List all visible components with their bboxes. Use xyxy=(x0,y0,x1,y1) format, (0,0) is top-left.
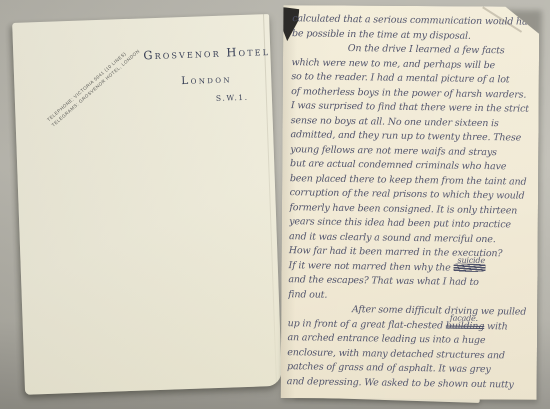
letterhead-page: TELEPHONE: VICTORIA 5041 (10 LINES) TELE… xyxy=(12,14,282,395)
letter-page: calculated that a serious communication … xyxy=(281,5,540,400)
handwriting-text: but are actual condemned criminals who h… xyxy=(290,158,506,172)
handwriting-text: be possible in the time at my disposal. xyxy=(292,28,471,42)
handwriting-text: years since this idea had been put into … xyxy=(289,216,511,230)
correction-group: suicide xyxy=(453,261,485,276)
handwriting-text: corruption of the real prisons to which … xyxy=(290,187,525,201)
letterhead-contact-block: TELEPHONE: VICTORIA 5041 (10 LINES) TELE… xyxy=(45,43,141,129)
telegrams-line: TELEGRAMS: GROSVENOR HOTEL, LONDON xyxy=(50,48,141,129)
inserted-word-above-line: facade. xyxy=(450,311,478,326)
inserted-word-above-line: suicide xyxy=(457,253,485,268)
handwriting-text: formerly have been consigned. It is only… xyxy=(289,202,517,216)
handwriting-text: I was surprised to find that there were … xyxy=(291,100,529,115)
handwriting-text: young fellows are not mere waifs and str… xyxy=(290,144,497,158)
photograph-of-letter: TELEPHONE: VICTORIA 5041 (10 LINES) TELE… xyxy=(0,0,550,409)
handwriting-text: and the escapes? That was what I had to xyxy=(288,274,479,288)
hotel-postal-district: S.W.1. xyxy=(216,93,249,103)
handwriting-text: and depressing. We asked to be shown out… xyxy=(287,376,514,390)
handwriting-text: so to the reader. I had a mental picture… xyxy=(291,71,509,85)
hotel-name: Grosvenor Hotel xyxy=(143,44,263,62)
handwriting-text: patches of grass and of asphalt. It was … xyxy=(287,361,491,375)
correction-group: facade.building xyxy=(446,319,485,334)
telephone-line: TELEPHONE: VICTORIA 5041 (10 LINES) xyxy=(45,43,136,124)
handwriting-text: of motherless boys in the power of harsh… xyxy=(291,86,526,100)
handwriting-text: up in front of a great flat-chested xyxy=(288,318,446,331)
handwriting-text: After some difficult driving we pulled xyxy=(352,304,526,318)
handwritten-line: and depressing. We asked to be shown out… xyxy=(287,375,533,393)
handwriting-text: been placed there to keep them from the … xyxy=(290,173,527,188)
hotel-city: London xyxy=(181,73,232,87)
handwriting-text: sense no boys at all. No one under sixte… xyxy=(291,115,499,129)
handwriting-text: which were new to me, and perhaps will b… xyxy=(292,57,496,71)
handwriting-text: and it was clearly a sound and merciful … xyxy=(289,231,496,245)
handwriting-text: If it were not marred then why the xyxy=(288,260,453,273)
handwriting-text: an arched entrance leading us into a hug… xyxy=(287,332,485,346)
handwriting-text: admitted, and they run up to twenty thre… xyxy=(290,129,521,143)
handwriting-text: calculated that a serious communication … xyxy=(292,13,538,28)
handwriting-block: calculated that a serious communication … xyxy=(287,12,539,402)
handwriting-text: with xyxy=(484,321,508,332)
handwriting-text: On the drive I learned a few facts xyxy=(348,43,505,56)
handwriting-text: enclosure, with many detached structures… xyxy=(287,347,505,361)
handwriting-text: find out. xyxy=(288,289,327,301)
